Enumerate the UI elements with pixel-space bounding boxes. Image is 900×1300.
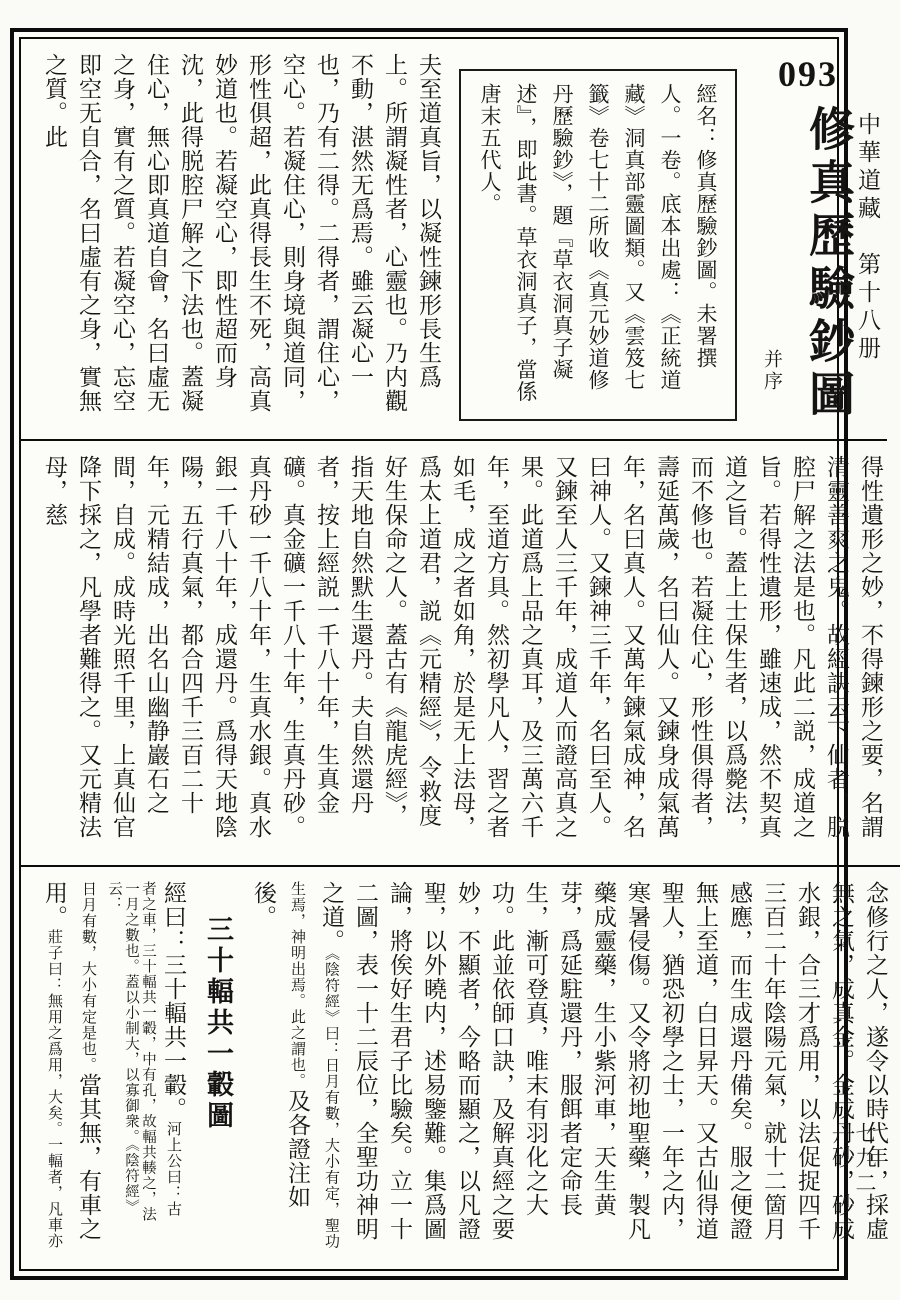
collection-title: 中華道藏 第十八册 xyxy=(851,112,884,364)
work-subtitle: 并序 xyxy=(758,349,785,393)
preface-section: 得性遺形之妙，不得鍊形之要，名謂清靈善爽之鬼。故經訣云下仙者，脱腔尸解之法是也。… xyxy=(21,441,900,867)
chapter-section: 念修行之人，遂令以時代年，採虛無之氣，成真金。金成丹砂，砂成水銀，合三才爲用，以… xyxy=(21,867,900,1265)
item-number: 093 xyxy=(759,53,857,95)
preface-3-main: 念修行之人，遂令以時代年，採虛無之氣，成真金。金成丹砂，砂成水銀，合三才爲用，以… xyxy=(319,881,888,1241)
page-frame-inner: 093 修真歷驗鈔圖 并序 經名：修真歷驗鈔圖。未署撰人。一卷。底本出處：《正統… xyxy=(19,37,839,1271)
colophon-text: 經名：修真歷驗鈔圖。未署撰人。一卷。底本出處：《正統道藏》洞真部靈圖類。又《雲笈… xyxy=(472,83,724,407)
header-section: 093 修真歷驗鈔圖 并序 經名：修真歷驗鈔圖。未署撰人。一卷。底本出處：《正統… xyxy=(21,39,887,441)
work-title: 修真歷驗鈔圖 xyxy=(805,105,851,423)
chapter-note-1a: 河上公曰：古 xyxy=(165,1121,181,1217)
chapter-note-1b: 者之車，三十輻共一轂，中有孔，故輻共輳之，法一月之數也。蓋以小制大，以寡御衆。《… xyxy=(105,881,156,1237)
preface-paragraph-2: 得性遺形之妙，不得鍊形之要，名謂清靈善爽之鬼。故經訣云下仙者，脱腔尸解之法是也。… xyxy=(37,455,887,851)
chapter-heading: 三十輻共一轂圖 xyxy=(200,881,236,1251)
preface-paragraph-3: 念修行之人，遂令以時代年，採虛無之氣，成真金。金成丹砂，砂成水銀，合三才爲用，以… xyxy=(246,881,892,1251)
preface-paragraph-1: 夫至道真旨，以凝性鍊形長生爲上。所謂凝性者，心靈也。乃内觀不動，湛然无爲焉。雖云… xyxy=(37,53,445,425)
page-number: 七九二 xyxy=(850,1122,880,1197)
chapter-note-2: 莊子曰：無用之爲用，大矣。一輻者，凡車亦 xyxy=(46,929,62,1249)
chapter-paragraph: 經曰：三十輻共一轂。河上公曰：古者之車，三十輻共一轂，中有孔，故輻共輳之，法一月… xyxy=(37,881,190,1251)
colophon-box: 經名：修真歷驗鈔圖。未署撰人。一卷。底本出處：《正統道藏》洞真部靈圖類。又《雲笈… xyxy=(459,69,737,421)
page-frame: 093 修真歷驗鈔圖 并序 經名：修真歷驗鈔圖。未署撰人。一卷。底本出處：《正統… xyxy=(10,28,848,1280)
chapter-note-1c: 日月有數，大小有定是也。 xyxy=(80,881,96,1073)
chapter-text-1: 經曰：三十輻共一轂。 xyxy=(161,881,186,1121)
